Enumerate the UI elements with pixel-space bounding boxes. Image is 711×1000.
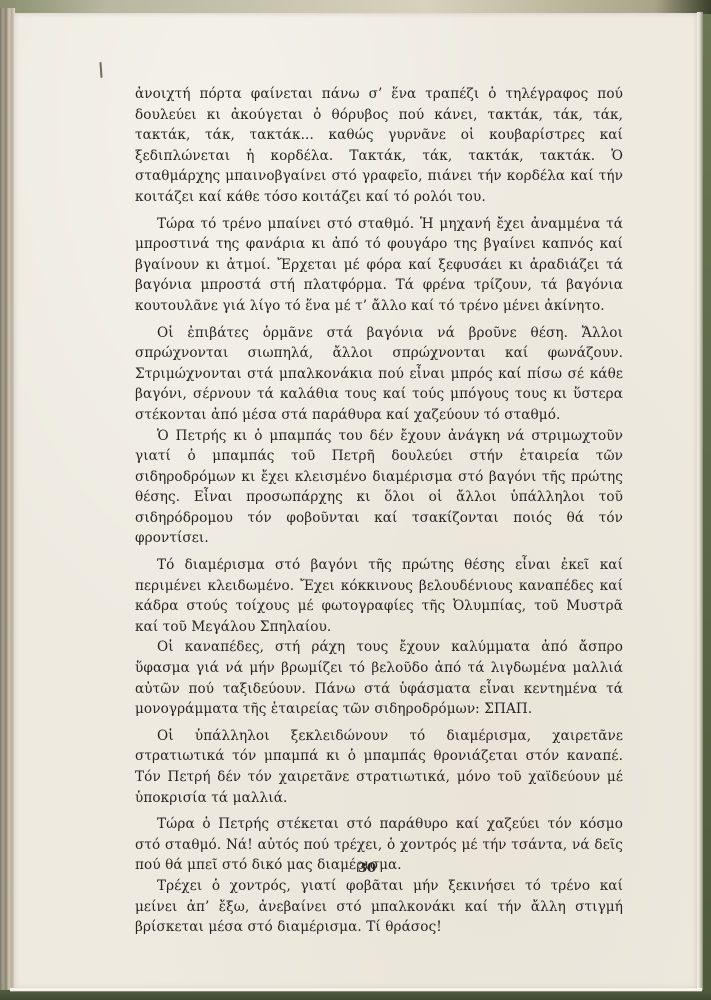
scanned-page-image: ἀνοιχτή πόρτα φαίνεται πάνω σ’ ἕνα τραπέ… bbox=[0, 0, 711, 1000]
page-right-edge bbox=[697, 12, 703, 990]
paragraph: Οἱ καναπέδες, στή ράχη τους ἔχουν καλύμμ… bbox=[135, 637, 623, 719]
paragraph: Οἱ ὑπάλληλοι ξεκλειδώνουν τό διαμέρισμα,… bbox=[135, 726, 623, 808]
book-top-edge bbox=[0, 0, 711, 14]
page-bottom-edge bbox=[10, 988, 702, 992]
paragraph: Τό διαμέρισμα στό βαγόνι τῆς πρώτης θέση… bbox=[135, 555, 623, 637]
paragraph: Οἱ ἐπιβάτες ὁρμᾶνε στά βαγόνια νά βροῦνε… bbox=[135, 323, 623, 426]
paragraph: ἀνοιχτή πόρτα φαίνεται πάνω σ’ ἕνα τραπέ… bbox=[135, 84, 623, 208]
paragraph: Ὁ Πετρής κι ὁ μπαμπάς του δέν ἔχουν ἀνάγ… bbox=[135, 426, 623, 550]
paragraph: Τρέχει ὁ χοντρός, γιατί φοβᾶται μήν ξεκι… bbox=[135, 876, 623, 938]
book-binding-edge bbox=[0, 8, 15, 990]
body-text: ἀνοιχτή πόρτα φαίνεται πάνω σ’ ἕνα τραπέ… bbox=[135, 84, 623, 944]
page-number: 30 bbox=[358, 861, 398, 876]
paragraph: Τώρα τό τρένο μπαίνει στό σταθμό. Ἡ μηχα… bbox=[135, 214, 623, 317]
